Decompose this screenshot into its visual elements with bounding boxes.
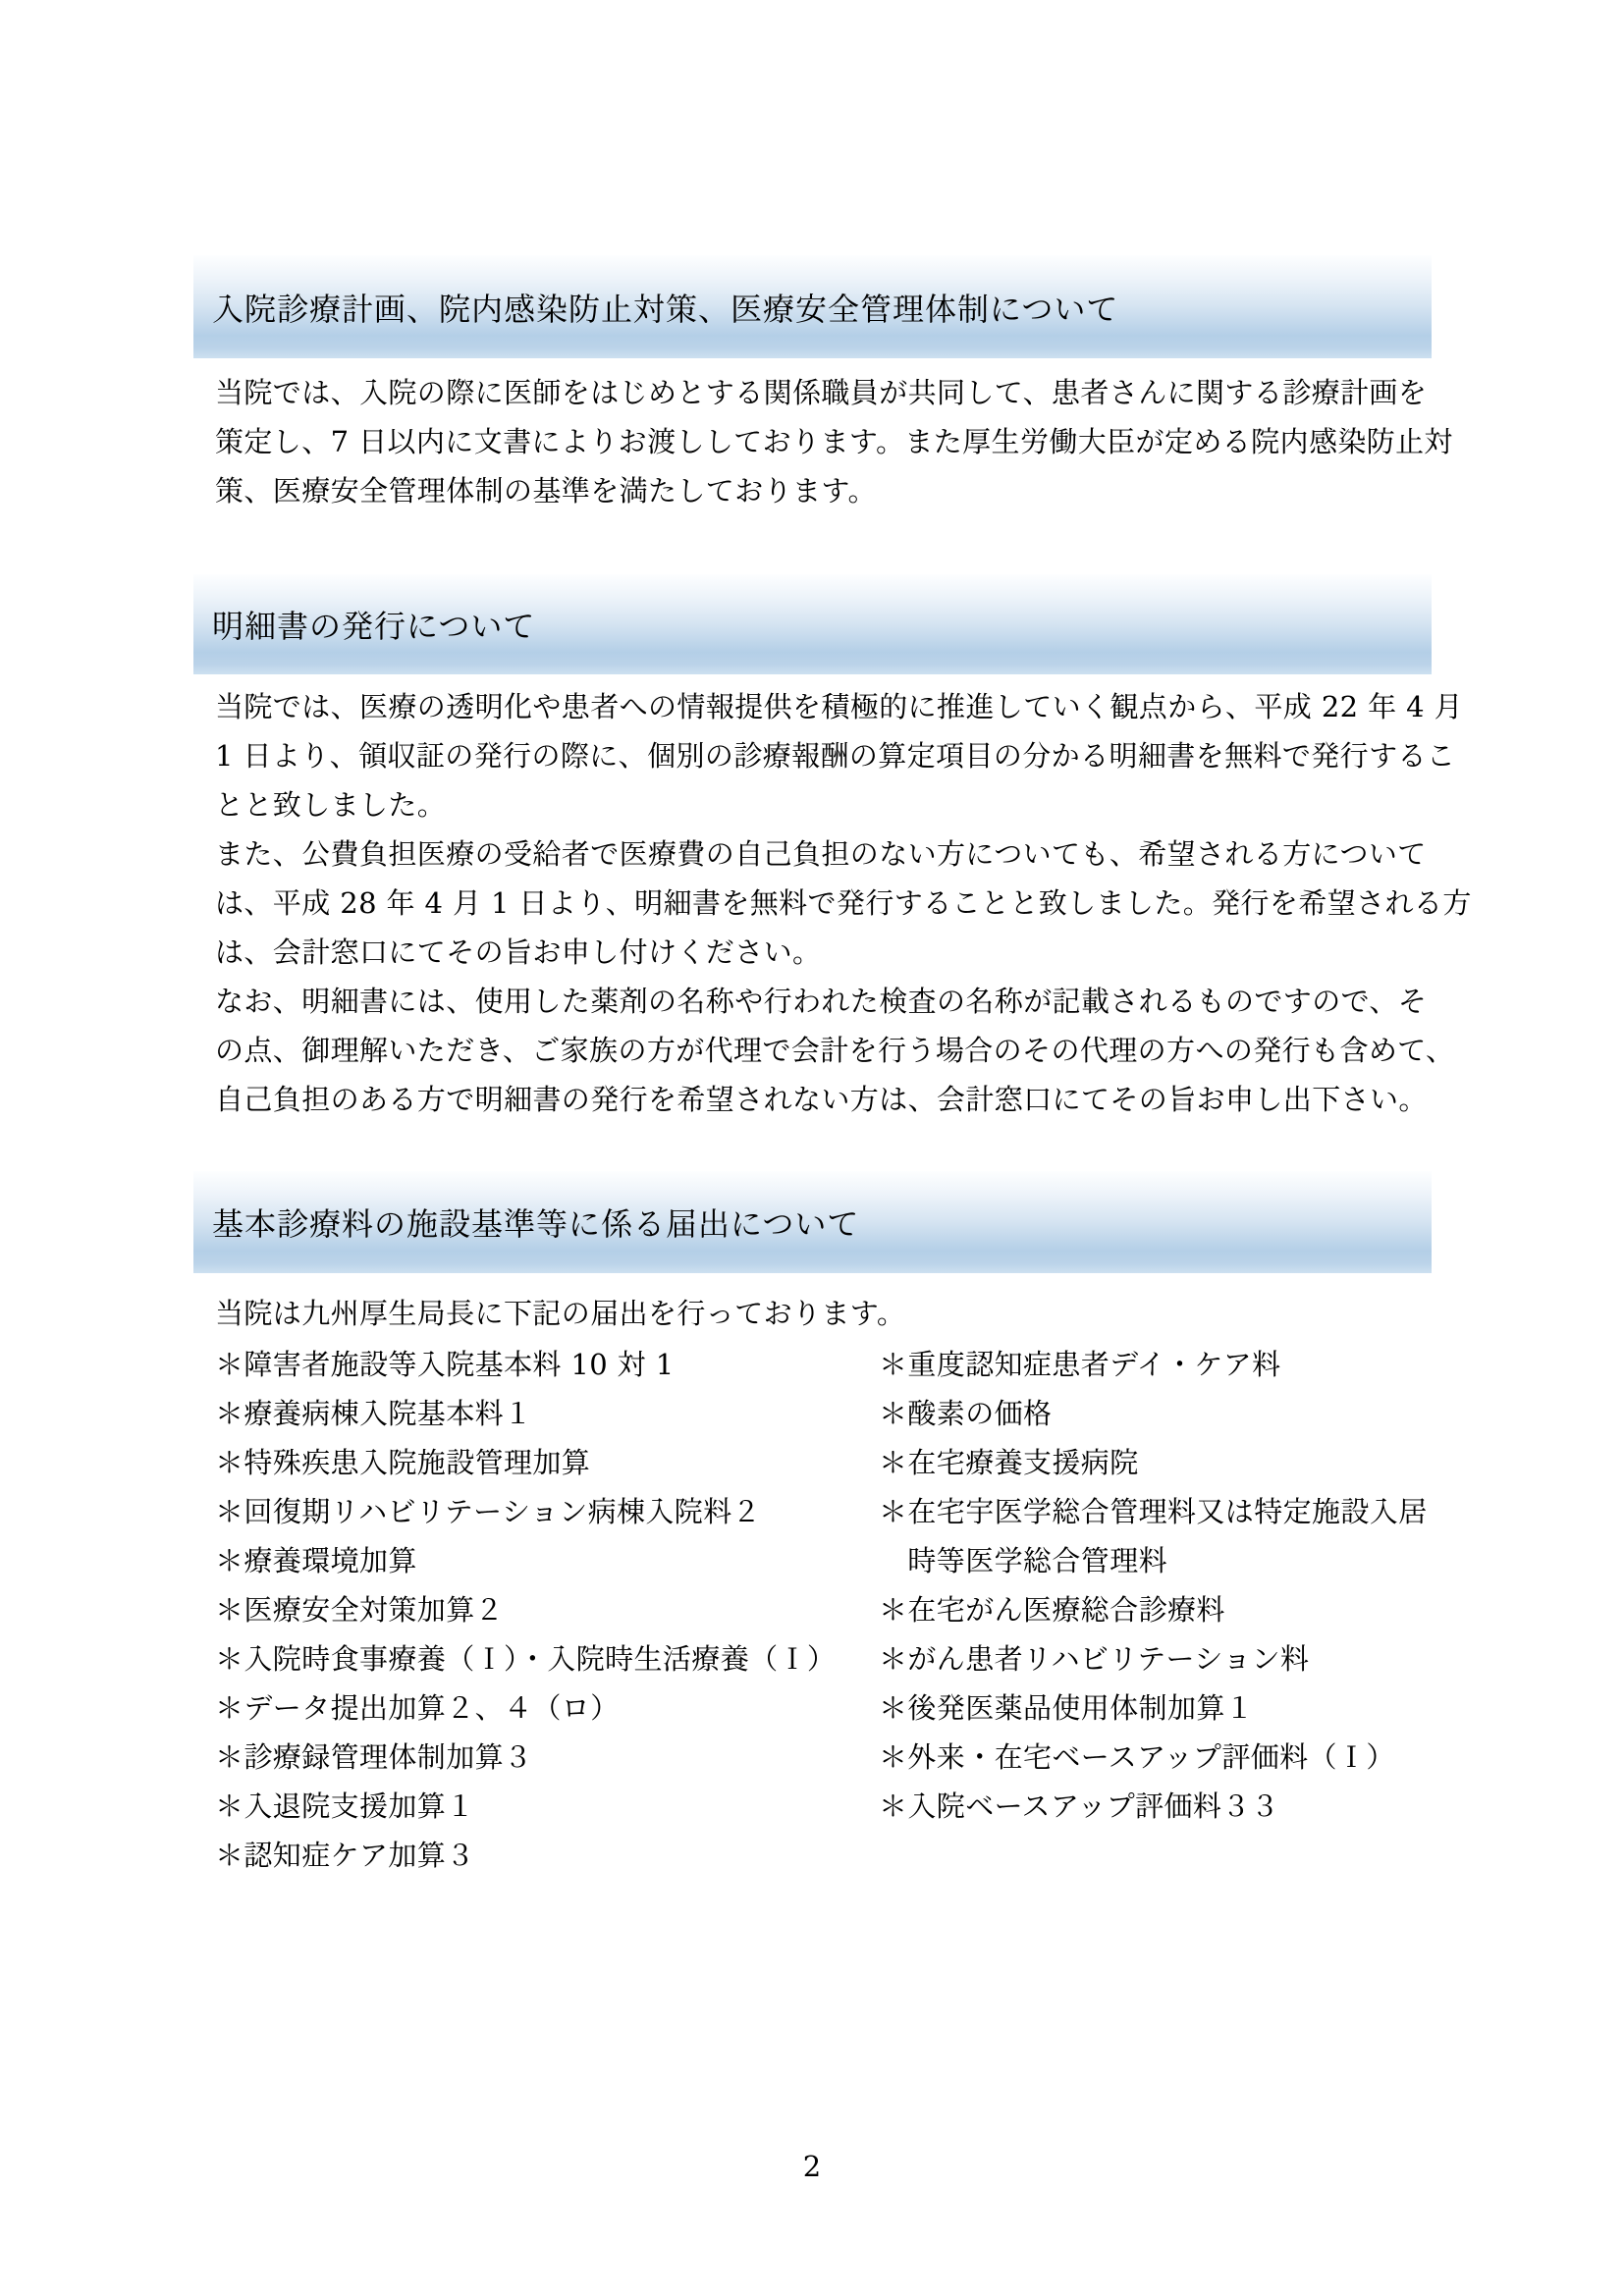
statement-issuance-paragraph: 当院では、医療の透明化や患者への情報提供を積極的に推進していく観点から、平成 2… [215,682,1433,1124]
paragraph-line: は、平成 28 年 4 月 1 日より、明細書を無料で発行することと致しました。… [215,879,1433,928]
paragraph-line: 1 日より、領収証の発行の際に、個別の診療報酬の算定項目の分かる明細書を無料で発… [215,731,1433,780]
paragraph-line: また、公費負担医療の受給者で医療費の自己負担のない方についても、希望される方につ… [215,829,1433,879]
page-number: 2 [0,2150,1624,2183]
list-item-continuation: 時等医学総合管理料 [879,1536,1428,1585]
section-header-admission-plan: 入院診療計画、院内感染防止対策、医療安全管理体制について [193,255,1432,358]
section-title: 入院診療計画、院内感染防止対策、医療安全管理体制について [212,285,1118,330]
list-item: ＊外来・在宅ベースアップ評価料（Ｉ） [879,1733,1428,1782]
list-item: ＊重度認知症患者デイ・ケア料 [879,1340,1428,1389]
paragraph-line: 当院では、入院の際に医師をはじめとする関係職員が共同して、患者さんに関する診療計… [215,368,1433,417]
paragraph-line: 当院では、医療の透明化や患者への情報提供を積極的に推進していく観点から、平成 2… [215,682,1433,731]
list-item: ＊後発医薬品使用体制加算１ [879,1683,1428,1733]
list-item: ＊障害者施設等入院基本料 10 対 1 [215,1340,836,1389]
section-header-statement-issuance: 明細書の発行について [193,574,1432,674]
list-item: ＊在宅宇医学総合管理料又は特定施設入居 [879,1487,1428,1536]
admission-plan-paragraph: 当院では、入院の際に医師をはじめとする関係職員が共同して、患者さんに関する診療計… [215,368,1433,515]
list-item: ＊療養病棟入院基本料１ [215,1389,836,1438]
list-item: ＊認知症ケア加算３ [215,1831,836,1880]
list-item: ＊入院時食事療養（Ｉ）・入院時生活療養（Ｉ） [215,1634,836,1683]
paragraph-line: 自己負担のある方で明細書の発行を希望されない方は、会計窓口にてその旨お申し出下さ… [215,1075,1433,1124]
section-title: 明細書の発行について [212,602,535,647]
list-item: ＊医療安全対策加算２ [215,1585,836,1634]
notification-list-left-column: ＊障害者施設等入院基本料 10 対 1 ＊療養病棟入院基本料１ ＊特殊疾患入院施… [215,1340,836,1880]
list-item: ＊在宅がん医療総合診療料 [879,1585,1428,1634]
paragraph-line: の点、御理解いただき、ご家族の方が代理で会計を行う場合のその代理の方への発行も含… [215,1026,1433,1075]
section-title: 基本診療料の施設基準等に係る届出について [212,1200,859,1245]
list-item: ＊回復期リハビリテーション病棟入院料２ [215,1487,836,1536]
list-item: ＊入退院支援加算１ [215,1782,836,1831]
list-item: ＊がん患者リハビリテーション料 [879,1634,1428,1683]
list-item: ＊療養環境加算 [215,1536,836,1585]
paragraph-line: 策、医療安全管理体制の基準を満たしております。 [215,466,1433,515]
section-header-facility-notification: 基本診療料の施設基準等に係る届出について [193,1171,1432,1273]
list-item: ＊在宅療養支援病院 [879,1438,1428,1487]
paragraph-line: なお、明細書には、使用した薬剤の名称や行われた検査の名称が記載されるものですので… [215,977,1433,1026]
paragraph-line: は、会計窓口にてその旨お申し付けください。 [215,928,1433,977]
paragraph-line: 策定し、7 日以内に文書によりお渡ししております。また厚生労働大臣が定める院内感… [215,417,1433,466]
list-item: ＊特殊疾患入院施設管理加算 [215,1438,836,1487]
document-page: 入院診療計画、院内感染防止対策、医療安全管理体制について 当院では、入院の際に医… [0,0,1624,2296]
list-item: ＊データ提出加算２、４（ロ） [215,1683,836,1733]
notification-intro-line: 当院は九州厚生局長に下記の届出を行っております。 [215,1289,905,1338]
paragraph-line: とと致しました。 [215,780,1433,829]
list-item: ＊診療録管理体制加算３ [215,1733,836,1782]
notification-list-right-column: ＊重度認知症患者デイ・ケア料 ＊酸素の価格 ＊在宅療養支援病院 ＊在宅宇医学総合… [879,1340,1428,1831]
list-item: ＊酸素の価格 [879,1389,1428,1438]
list-item: ＊入院ベースアップ評価料３３ [879,1782,1428,1831]
